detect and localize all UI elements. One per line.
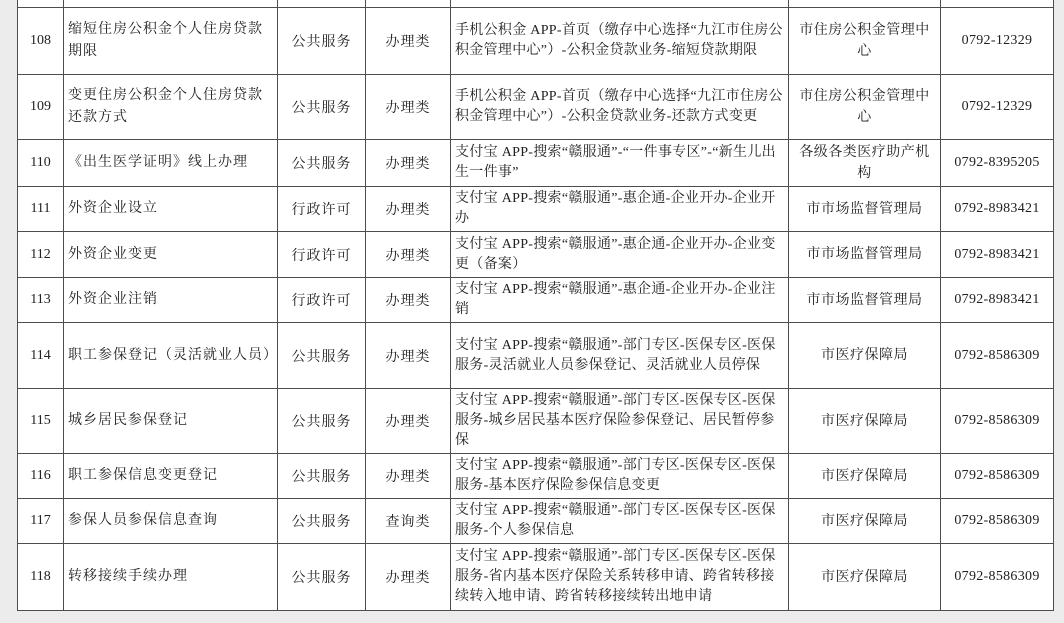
category-cell: 办理类 — [366, 140, 451, 187]
category-cell: 办理类 — [366, 232, 451, 278]
partial-cell — [18, 0, 64, 8]
access-path-cell: 支付宝 APP-搜索“赣服通”-惠企通-企业开办-企业注销 — [451, 278, 789, 323]
access-path-cell: 支付宝 APP-搜索“赣服通”-“一件事专区”-“新生儿出生一件事” — [451, 140, 789, 187]
table-row: 116职工参保信息变更登记公共服务办理类支付宝 APP-搜索“赣服通”-部门专区… — [18, 454, 1054, 499]
service-type-cell: 公共服务 — [278, 544, 366, 611]
service-name-cell: 参保人员参保信息查询 — [64, 499, 278, 544]
table-row: 113外资企业注销行政许可办理类支付宝 APP-搜索“赣服通”-惠企通-企业开办… — [18, 278, 1054, 323]
table-row: 112外资企业变更行政许可办理类支付宝 APP-搜索“赣服通”-惠企通-企业开办… — [18, 232, 1054, 278]
service-name-cell: 职工参保信息变更登记 — [64, 454, 278, 499]
service-name-cell: 《出生医学证明》线上办理 — [64, 140, 278, 187]
service-type-cell: 公共服务 — [278, 8, 366, 75]
document-page: 108缩短住房公积金个人住房贷款期限公共服务办理类手机公积金 APP-首页（缴存… — [0, 0, 1064, 623]
access-path-cell: 支付宝 APP-搜索“赣服通”-部门专区-医保专区-医保服务-基本医疗保险参保信… — [451, 454, 789, 499]
row-index-cell: 116 — [18, 454, 64, 499]
phone-cell: 0792-8983421 — [941, 187, 1054, 232]
partial-cell — [941, 0, 1054, 8]
phone-cell: 0792-8983421 — [941, 278, 1054, 323]
table-row: 114职工参保登记（灵活就业人员）公共服务办理类支付宝 APP-搜索“赣服通”-… — [18, 323, 1054, 389]
department-cell: 各级各类医疗助产机构 — [789, 140, 941, 187]
table-row: 111外资企业设立行政许可办理类支付宝 APP-搜索“赣服通”-惠企通-企业开办… — [18, 187, 1054, 232]
row-index-cell: 115 — [18, 389, 64, 454]
row-index-cell: 118 — [18, 544, 64, 611]
phone-cell: 0792-8586309 — [941, 389, 1054, 454]
row-index-cell: 109 — [18, 75, 64, 140]
department-cell: 市市场监督管理局 — [789, 187, 941, 232]
row-index-cell: 110 — [18, 140, 64, 187]
department-cell: 市医疗保障局 — [789, 389, 941, 454]
category-cell: 办理类 — [366, 75, 451, 140]
department-cell: 市住房公积金管理中心 — [789, 75, 941, 140]
partial-cell — [789, 0, 941, 8]
department-cell: 市住房公积金管理中心 — [789, 8, 941, 75]
services-table: 108缩短住房公积金个人住房贷款期限公共服务办理类手机公积金 APP-首页（缴存… — [17, 0, 1054, 611]
category-cell: 办理类 — [366, 454, 451, 499]
access-path-cell: 支付宝 APP-搜索“赣服通”-部门专区-医保专区-医保服务-省内基本医疗保险关… — [451, 544, 789, 611]
phone-cell: 0792-8395205 — [941, 140, 1054, 187]
service-type-cell: 公共服务 — [278, 499, 366, 544]
department-cell: 市市场监督管理局 — [789, 232, 941, 278]
category-cell: 办理类 — [366, 389, 451, 454]
access-path-cell: 支付宝 APP-搜索“赣服通”-部门专区-医保专区-医保服务-城乡居民基本医疗保… — [451, 389, 789, 454]
service-name-cell: 变更住房公积金个人住房贷款还款方式 — [64, 75, 278, 140]
access-path-cell: 手机公积金 APP-首页（缴存中心选择“九江市住房公积金管理中心”）-公积金贷款… — [451, 75, 789, 140]
phone-cell: 0792-8983421 — [941, 232, 1054, 278]
service-name-cell: 外资企业设立 — [64, 187, 278, 232]
access-path-cell: 支付宝 APP-搜索“赣服通”-惠企通-企业开办-企业开办 — [451, 187, 789, 232]
service-type-cell: 公共服务 — [278, 75, 366, 140]
service-name-cell: 职工参保登记（灵活就业人员） — [64, 323, 278, 389]
table-row: 118转移接续手续办理公共服务办理类支付宝 APP-搜索“赣服通”-部门专区-医… — [18, 544, 1054, 611]
service-name-cell: 城乡居民参保登记 — [64, 389, 278, 454]
service-name-cell: 外资企业注销 — [64, 278, 278, 323]
phone-cell: 0792-8586309 — [941, 323, 1054, 389]
access-path-cell: 支付宝 APP-搜索“赣服通”-部门专区-医保专区-医保服务-灵活就业人员参保登… — [451, 323, 789, 389]
partial-cell — [366, 0, 451, 8]
phone-cell: 0792-12329 — [941, 8, 1054, 75]
service-type-cell: 行政许可 — [278, 187, 366, 232]
row-index-cell: 114 — [18, 323, 64, 389]
row-index-cell: 113 — [18, 278, 64, 323]
service-name-cell: 缩短住房公积金个人住房贷款期限 — [64, 8, 278, 75]
partial-cell — [278, 0, 366, 8]
partial-cell — [64, 0, 278, 8]
category-cell: 办理类 — [366, 323, 451, 389]
service-type-cell: 公共服务 — [278, 140, 366, 187]
row-index-cell: 112 — [18, 232, 64, 278]
access-path-cell: 支付宝 APP-搜索“赣服通”-部门专区-医保专区-医保服务-个人参保信息 — [451, 499, 789, 544]
phone-cell: 0792-8586309 — [941, 499, 1054, 544]
access-path-cell: 手机公积金 APP-首页（缴存中心选择“九江市住房公积金管理中心”）-公积金贷款… — [451, 8, 789, 75]
service-name-cell: 外资企业变更 — [64, 232, 278, 278]
table-row: 110《出生医学证明》线上办理公共服务办理类支付宝 APP-搜索“赣服通”-“一… — [18, 140, 1054, 187]
phone-cell: 0792-12329 — [941, 75, 1054, 140]
table-row: 108缩短住房公积金个人住房贷款期限公共服务办理类手机公积金 APP-首页（缴存… — [18, 8, 1054, 75]
department-cell: 市医疗保障局 — [789, 499, 941, 544]
service-type-cell: 公共服务 — [278, 454, 366, 499]
department-cell: 市市场监督管理局 — [789, 278, 941, 323]
row-index-cell: 108 — [18, 8, 64, 75]
service-name-cell: 转移接续手续办理 — [64, 544, 278, 611]
partial-previous-row — [18, 0, 1054, 8]
service-type-cell: 公共服务 — [278, 389, 366, 454]
service-type-cell: 公共服务 — [278, 323, 366, 389]
category-cell: 办理类 — [366, 544, 451, 611]
service-type-cell: 行政许可 — [278, 232, 366, 278]
access-path-cell: 支付宝 APP-搜索“赣服通”-惠企通-企业开办-企业变更（备案） — [451, 232, 789, 278]
category-cell: 办理类 — [366, 278, 451, 323]
service-type-cell: 行政许可 — [278, 278, 366, 323]
department-cell: 市医疗保障局 — [789, 323, 941, 389]
services-table-body: 108缩短住房公积金个人住房贷款期限公共服务办理类手机公积金 APP-首页（缴存… — [18, 0, 1054, 611]
category-cell: 办理类 — [366, 8, 451, 75]
row-index-cell: 111 — [18, 187, 64, 232]
category-cell: 办理类 — [366, 187, 451, 232]
phone-cell: 0792-8586309 — [941, 544, 1054, 611]
partial-cell — [451, 0, 789, 8]
department-cell: 市医疗保障局 — [789, 544, 941, 611]
phone-cell: 0792-8586309 — [941, 454, 1054, 499]
category-cell: 查询类 — [366, 499, 451, 544]
table-row: 109变更住房公积金个人住房贷款还款方式公共服务办理类手机公积金 APP-首页（… — [18, 75, 1054, 140]
table-row: 117参保人员参保信息查询公共服务查询类支付宝 APP-搜索“赣服通”-部门专区… — [18, 499, 1054, 544]
table-row: 115城乡居民参保登记公共服务办理类支付宝 APP-搜索“赣服通”-部门专区-医… — [18, 389, 1054, 454]
row-index-cell: 117 — [18, 499, 64, 544]
department-cell: 市医疗保障局 — [789, 454, 941, 499]
